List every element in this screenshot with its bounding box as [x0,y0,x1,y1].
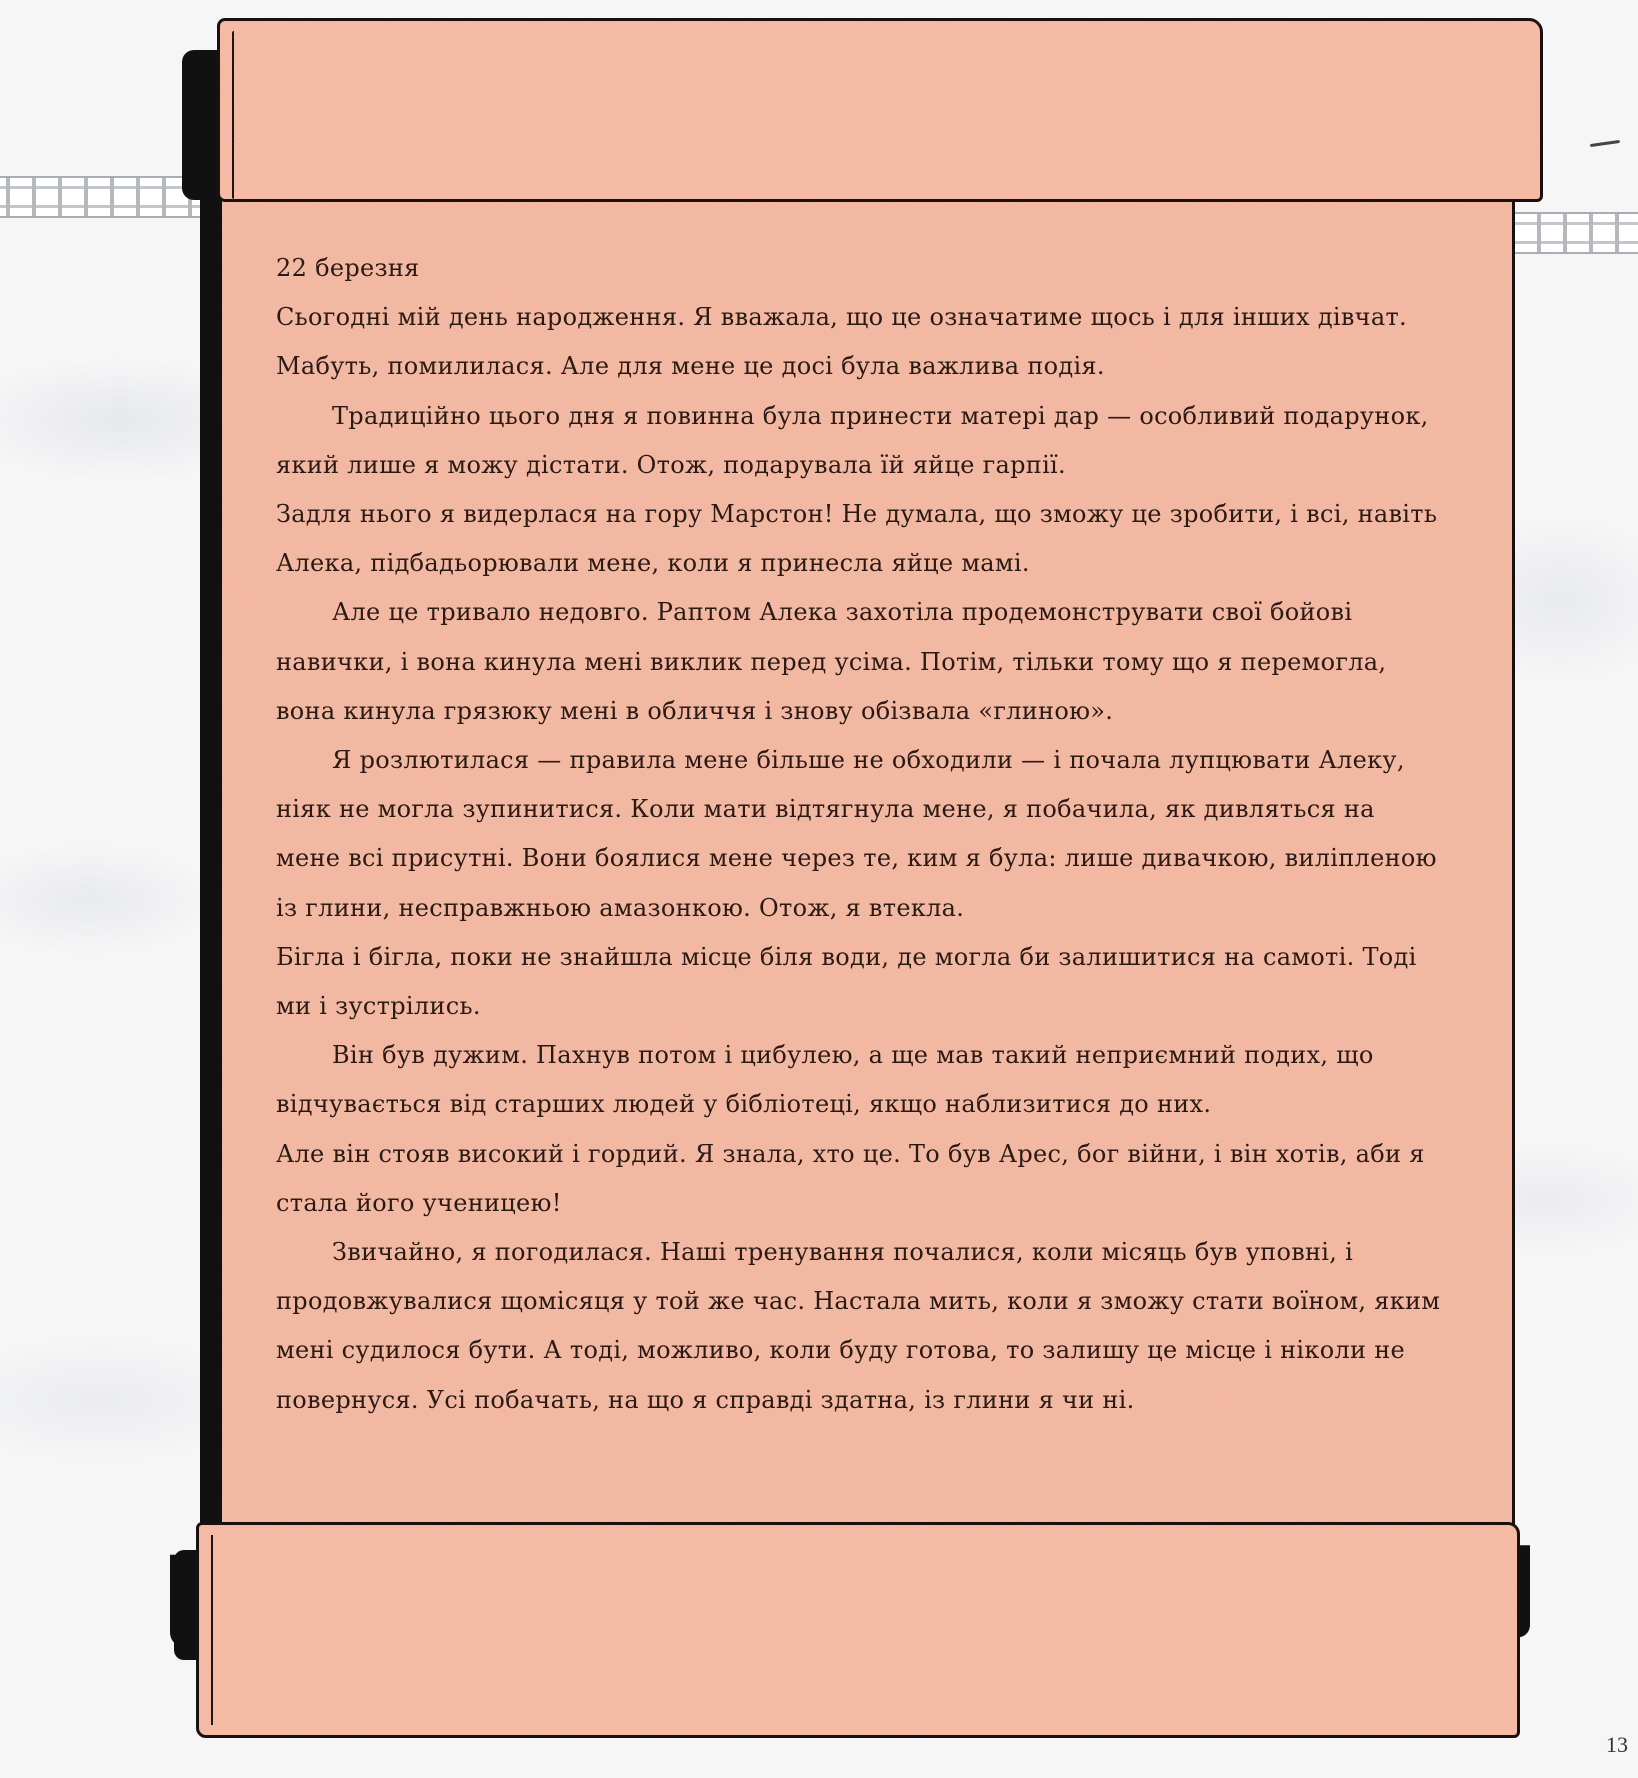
paragraph: Задля нього я видерлася на гору Марстон!… [276,490,1446,588]
greek-key-border-left [0,176,200,218]
page-number: 13 [1606,1732,1628,1758]
paragraph: Я розлютилася — правила мене більше не о… [276,736,1446,933]
scroll-roll-top [217,18,1543,202]
paragraph: Бігла і бігла, поки не знайшла місце біл… [276,933,1446,1031]
paragraph: Він був дужим. Пахнув потом і цибулею, а… [276,1031,1446,1129]
diary-entry: 22 березня Сьогодні мій день народження.… [276,244,1446,1425]
paragraph: Але це тривало недовго. Раптом Алека зах… [276,588,1446,736]
paragraph: Звичайно, я погодилася. Наші тренування … [276,1228,1446,1425]
entry-date: 22 березня [276,244,1446,293]
paragraph: Сьогодні мій день народження. Я вважала,… [276,293,1446,391]
greek-key-border-right [1505,212,1638,254]
scroll-roll-bottom [196,1522,1520,1738]
paragraph: Але він стояв високий і гордий. Я знала,… [276,1130,1446,1228]
paragraph: Традиційно цього дня я повинна була прин… [276,392,1446,490]
